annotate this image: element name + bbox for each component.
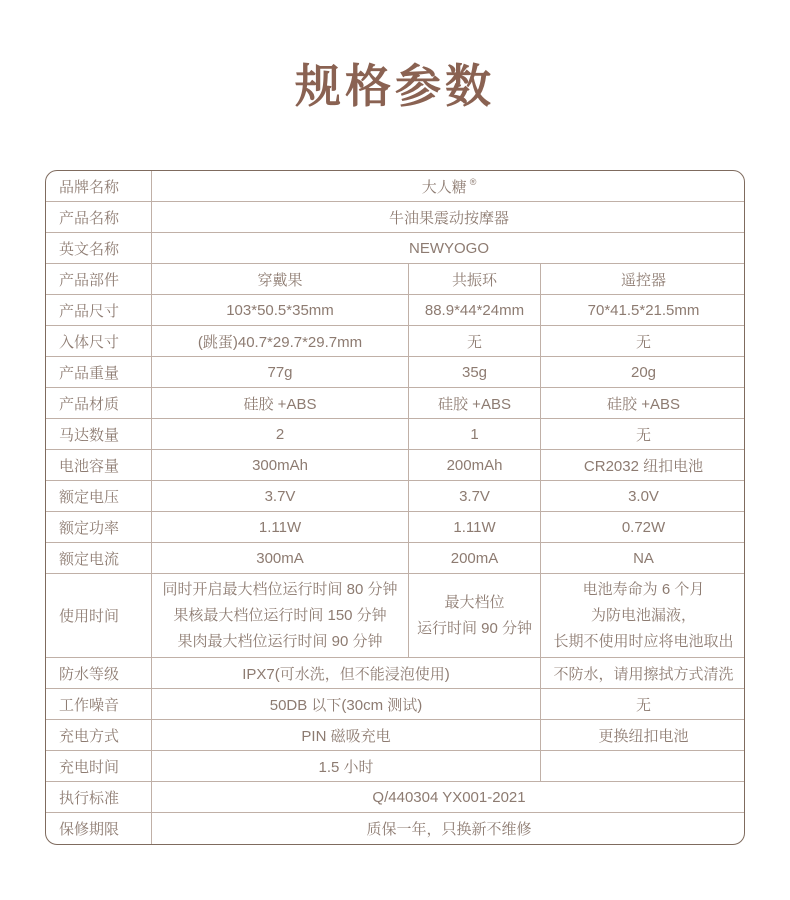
cell-value: 70*41.5*21.5mm	[541, 295, 745, 326]
cell-value: 200mA	[409, 543, 541, 574]
cell-value: 1.11W	[409, 512, 541, 543]
row-label: 马达数量	[46, 419, 152, 450]
cell-value: 更换纽扣电池	[541, 720, 745, 751]
cell-value: 300mA	[152, 543, 409, 574]
cell-value: 1	[409, 419, 541, 450]
spec-row-battery-capacity: 电池容量 300mAh 200mAh CR2032 纽扣电池	[46, 450, 745, 481]
usage-line: 果肉最大档位运行时间 90 分钟	[156, 629, 404, 655]
cell-value: 共振环	[409, 264, 541, 295]
spec-row-english-name: 英文名称 NEWYOGO	[46, 233, 745, 264]
cell-value: 不防水，请用擦拭方式清洗	[541, 658, 745, 689]
cell-value: 77g	[152, 357, 409, 388]
cell-value: 3.7V	[409, 481, 541, 512]
spec-row-waterproof: 防水等级 IPX7(可水洗，但不能浸泡使用) 不防水，请用擦拭方式清洗	[46, 658, 745, 689]
row-label: 防水等级	[46, 658, 152, 689]
spec-row-rated-voltage: 额定电压 3.7V 3.7V 3.0V	[46, 481, 745, 512]
spec-row-product-name: 产品名称 牛油果震动按摩器	[46, 202, 745, 233]
cell-usage-wearable: 同时开启最大档位运行时间 80 分钟 果核最大档位运行时间 150 分钟 果肉最…	[152, 574, 409, 658]
cell-usage-remote: 电池寿命为 6 个月 为防电池漏液， 长期不使用时应将电池取出	[541, 574, 745, 658]
spec-table-container: 品牌名称 大人糖® 产品名称 牛油果震动按摩器 英文名称 NEWYOGO 产品部…	[45, 170, 745, 845]
brand-name: 大人糖	[422, 179, 467, 196]
spec-row-charging-method: 充电方式 PIN 磁吸充电 更换纽扣电池	[46, 720, 745, 751]
row-label: 工作噪音	[46, 689, 152, 720]
cell-value: 硅胶 +ABS	[409, 388, 541, 419]
row-label: 产品尺寸	[46, 295, 152, 326]
cell-value: 2	[152, 419, 409, 450]
row-label: 产品部件	[46, 264, 152, 295]
usage-line: 最大档位	[413, 590, 536, 616]
row-label: 充电时间	[46, 751, 152, 782]
spec-row-weight: 产品重量 77g 35g 20g	[46, 357, 745, 388]
spec-row-material: 产品材质 硅胶 +ABS 硅胶 +ABS 硅胶 +ABS	[46, 388, 745, 419]
cell-value: 300mAh	[152, 450, 409, 481]
cell-usage-ring: 最大档位 运行时间 90 分钟	[409, 574, 541, 658]
row-label: 产品材质	[46, 388, 152, 419]
page-title: 规格参数	[0, 58, 790, 114]
cell-english-name: NEWYOGO	[152, 233, 745, 264]
cell-value: NA	[541, 543, 745, 574]
row-label: 入体尺寸	[46, 326, 152, 357]
cell-value: 无	[541, 419, 745, 450]
cell-value: 20g	[541, 357, 745, 388]
usage-line: 同时开启最大档位运行时间 80 分钟	[156, 577, 404, 603]
spec-page: 规格参数 品牌名称 大人糖® 产品名称 牛油果震动按摩器 英文名称	[0, 0, 790, 845]
spec-table: 品牌名称 大人糖® 产品名称 牛油果震动按摩器 英文名称 NEWYOGO 产品部…	[46, 171, 745, 844]
usage-line: 为防电池漏液，	[545, 603, 742, 629]
cell-product-name: 牛油果震动按摩器	[152, 202, 745, 233]
spec-row-components: 产品部件 穿戴果 共振环 遥控器	[46, 264, 745, 295]
spec-row-standard: 执行标准 Q/440304 YX001-2021	[46, 782, 745, 813]
row-label: 品牌名称	[46, 171, 152, 202]
cell-value: (跳蛋)40.7*29.7*29.7mm	[152, 326, 409, 357]
cell-value: 硅胶 +ABS	[152, 388, 409, 419]
cell-value: 0.72W	[541, 512, 745, 543]
cell-warranty: 质保一年，只换新不维修	[152, 813, 745, 844]
cell-value: 穿戴果	[152, 264, 409, 295]
cell-brand: 大人糖®	[152, 171, 745, 202]
cell-value-merged: PIN 磁吸充电	[152, 720, 541, 751]
registered-trademark-symbol: ®	[470, 177, 477, 187]
cell-value: 200mAh	[409, 450, 541, 481]
spec-row-motor-count: 马达数量 2 1 无	[46, 419, 745, 450]
spec-row-dimensions: 产品尺寸 103*50.5*35mm 88.9*44*24mm 70*41.5*…	[46, 295, 745, 326]
cell-value-merged: 50DB 以下(30cm 测试)	[152, 689, 541, 720]
cell-value: 1.11W	[152, 512, 409, 543]
row-label: 执行标准	[46, 782, 152, 813]
cell-standard: Q/440304 YX001-2021	[152, 782, 745, 813]
row-label: 电池容量	[46, 450, 152, 481]
usage-line: 电池寿命为 6 个月	[545, 577, 742, 603]
row-label: 充电方式	[46, 720, 152, 751]
cell-value: 无	[541, 689, 745, 720]
spec-row-usage-time: 使用时间 同时开启最大档位运行时间 80 分钟 果核最大档位运行时间 150 分…	[46, 574, 745, 658]
cell-value: 103*50.5*35mm	[152, 295, 409, 326]
spec-row-rated-power: 额定功率 1.11W 1.11W 0.72W	[46, 512, 745, 543]
usage-line: 运行时间 90 分钟	[413, 616, 536, 642]
cell-value: 无	[409, 326, 541, 357]
row-label: 保修期限	[46, 813, 152, 844]
cell-value: CR2032 纽扣电池	[541, 450, 745, 481]
cell-value-merged: IPX7(可水洗，但不能浸泡使用)	[152, 658, 541, 689]
cell-value: 35g	[409, 357, 541, 388]
row-label: 额定电流	[46, 543, 152, 574]
spec-row-brand: 品牌名称 大人糖®	[46, 171, 745, 202]
cell-value: 无	[541, 326, 745, 357]
spec-row-warranty: 保修期限 质保一年，只换新不维修	[46, 813, 745, 844]
cell-value: 3.0V	[541, 481, 745, 512]
usage-line: 长期不使用时应将电池取出	[545, 629, 742, 655]
cell-value-merged: 1.5 小时	[152, 751, 541, 782]
row-label: 额定功率	[46, 512, 152, 543]
usage-line: 果核最大档位运行时间 150 分钟	[156, 603, 404, 629]
row-label: 产品名称	[46, 202, 152, 233]
row-label: 产品重量	[46, 357, 152, 388]
spec-row-charging-time: 充电时间 1.5 小时	[46, 751, 745, 782]
row-label: 使用时间	[46, 574, 152, 658]
spec-row-noise: 工作噪音 50DB 以下(30cm 测试) 无	[46, 689, 745, 720]
row-label: 英文名称	[46, 233, 152, 264]
cell-value: 硅胶 +ABS	[541, 388, 745, 419]
row-label: 额定电压	[46, 481, 152, 512]
cell-value: 3.7V	[152, 481, 409, 512]
spec-row-rated-current: 额定电流 300mA 200mA NA	[46, 543, 745, 574]
cell-value-empty	[541, 751, 745, 782]
cell-value: 遥控器	[541, 264, 745, 295]
cell-value: 88.9*44*24mm	[409, 295, 541, 326]
spec-row-insert-size: 入体尺寸 (跳蛋)40.7*29.7*29.7mm 无 无	[46, 326, 745, 357]
